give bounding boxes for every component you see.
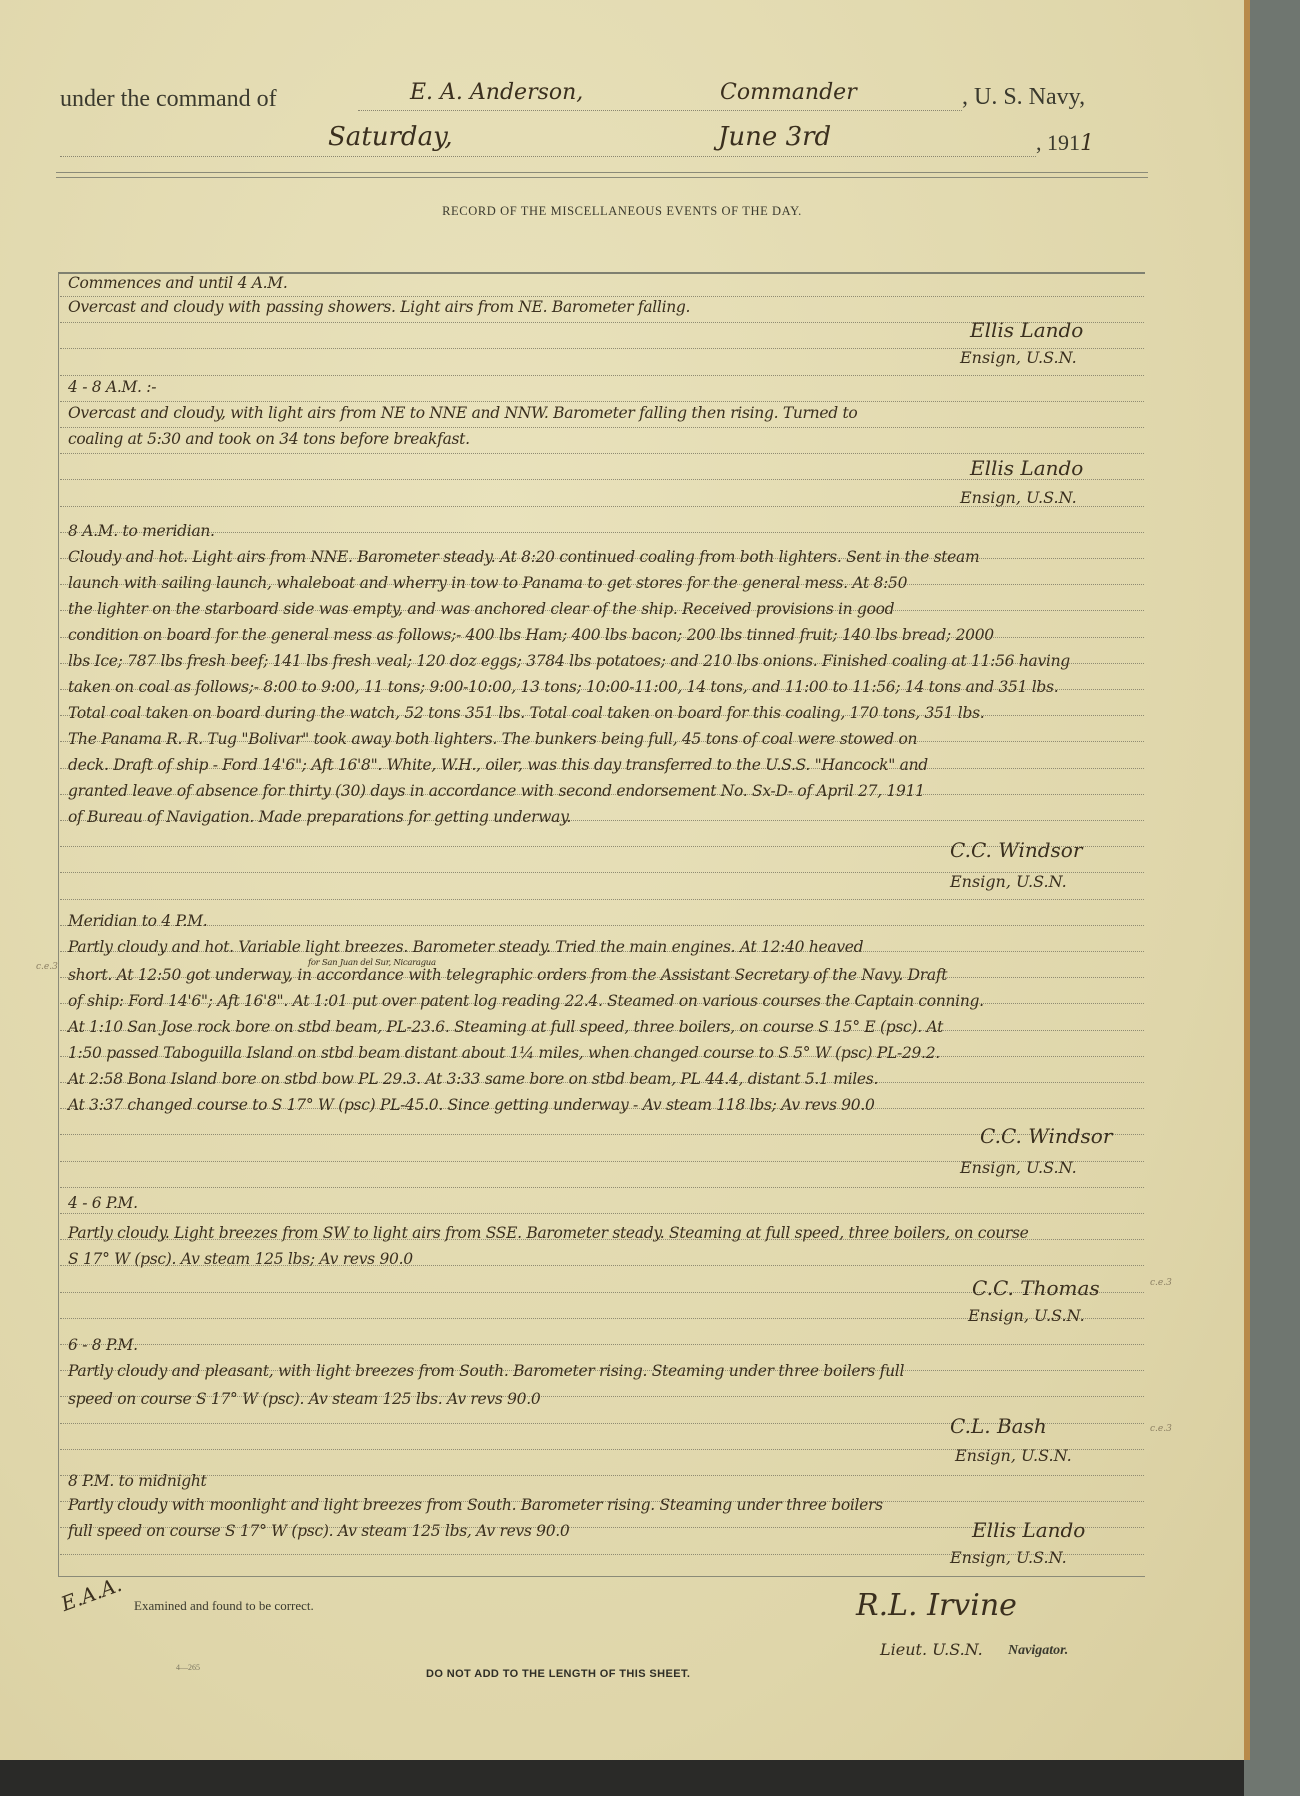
watch-text-line: taken on coal as follows;- 8:00 to 9:00,… <box>68 678 1058 696</box>
watch-text-line: At 2:58 Bona Island bore on stbd bow PL … <box>68 1070 878 1088</box>
watch-rank: Ensign, U.S.N. <box>960 488 1077 507</box>
ruled-line <box>60 427 1144 429</box>
navigator-title: Navigator. <box>1008 1643 1068 1659</box>
watch-text-line: coaling at 5:30 and took on 34 tons befo… <box>68 430 470 448</box>
watch-period: 4 - 8 A.M. :- <box>68 378 156 396</box>
ruled-line <box>60 453 1144 455</box>
watch-text-line: S 17° W (psc). Av steam 125 lbs; Av revs… <box>68 1250 413 1268</box>
watch-text-line: Overcast and cloudy, with light airs fro… <box>68 404 857 422</box>
service-label: , U. S. Navy, <box>962 84 1085 111</box>
year-label: , 1911 <box>1036 130 1094 156</box>
watch-signature: C.L. Bash <box>950 1414 1047 1438</box>
watch-rank: Ensign, U.S.N. <box>950 872 1067 891</box>
watch-text-line: of Bureau of Navigation. Made preparatio… <box>68 808 571 826</box>
page-shadow <box>0 1760 1244 1796</box>
watch-rank: Ensign, U.S.N. <box>960 348 1077 367</box>
watch-text-line: Overcast and cloudy with passing showers… <box>68 298 690 316</box>
ruled-line <box>60 1344 1144 1346</box>
watch-text-line: Partly cloudy and pleasant, with light b… <box>68 1362 904 1380</box>
examiner-initials: E.A.A. <box>58 1572 125 1616</box>
margin-mark: c.e.3 <box>36 962 58 972</box>
watch-text-line: At 3:37 changed course to S 17° W (psc) … <box>68 1096 875 1114</box>
ruled-line <box>60 401 1144 403</box>
watch-text-line: Partly cloudy and hot. Variable light br… <box>68 938 863 956</box>
watch-period: 4 - 6 P.M. <box>68 1194 138 1212</box>
date-field <box>60 130 1036 157</box>
form-number: 4—265 <box>176 1663 200 1672</box>
watch-text-line: deck. Draft of ship - Ford 14'6"; Aft 16… <box>68 756 928 774</box>
day-of-week: Saturday, <box>328 122 453 152</box>
ruled-line <box>60 375 1144 377</box>
ruled-line <box>60 1475 1144 1477</box>
watch-signature: Ellis Lando <box>970 318 1083 342</box>
watch-signature: C.C. Windsor <box>980 1124 1112 1148</box>
watch-text-line: speed on course S 17° W (psc). Av steam … <box>68 1390 540 1408</box>
command-prefix: under the command of <box>60 86 277 112</box>
header-divider <box>56 172 1148 178</box>
record-title: RECORD OF THE MISCELLANEOUS EVENTS OF TH… <box>0 204 1244 219</box>
watch-period: 8 A.M. to meridian. <box>68 522 215 540</box>
navigator-signature: R.L. Irvine <box>856 1588 1017 1623</box>
watch-period: 6 - 8 P.M. <box>68 1336 138 1354</box>
margin-mark: c.e.3 <box>1150 1424 1172 1434</box>
watch-text-line: Partly cloudy. Light breezes from SW to … <box>68 1224 1029 1242</box>
command-line: under the command of <box>60 86 277 113</box>
ruled-line <box>60 925 1144 927</box>
watch-period: Commences and until 4 A.M. <box>68 274 288 292</box>
watch-signature: C.C. Thomas <box>972 1276 1100 1300</box>
watch-text-line: condition on board for the general mess … <box>68 626 994 644</box>
watch-text-line: Cloudy and hot. Light airs from NNE. Bar… <box>68 548 979 566</box>
ruled-line <box>60 532 1144 534</box>
watch-rank: Ensign, U.S.N. <box>960 1158 1077 1177</box>
navigator-rank: Lieut. U.S.N. <box>880 1640 983 1659</box>
watch-text-line: Total coal taken on board during the wat… <box>68 704 984 722</box>
margin-mark: c.e.3 <box>1150 1278 1172 1288</box>
watch-text-line: lbs Ice; 787 lbs fresh beef; 141 lbs fre… <box>68 652 1070 670</box>
watch-text-line: The Panama R. R. Tug "Bolivar" took away… <box>68 730 917 748</box>
watch-period: 8 P.M. to midnight <box>68 1472 206 1490</box>
commander-name: E. A. Anderson, <box>410 80 583 105</box>
watch-rank: Ensign, U.S.N. <box>950 1548 1067 1567</box>
watch-text-line: granted leave of absence for thirty (30)… <box>68 782 925 800</box>
ruled-line <box>60 1213 1144 1215</box>
watch-rank: Ensign, U.S.N. <box>968 1306 1085 1325</box>
watch-text-line: 1:50 passed Taboguilla Island on stbd be… <box>68 1044 940 1062</box>
commander-rank: Commander <box>720 80 857 105</box>
watch-signature: C.C. Windsor <box>950 838 1082 862</box>
watch-text-line: short. At 12:50 got underway, in accorda… <box>68 966 947 984</box>
sheet-notice: DO NOT ADD TO THE LENGTH OF THIS SHEET. <box>426 1668 690 1680</box>
watch-rank: Ensign, U.S.N. <box>955 1446 1072 1465</box>
logbook-page: under the command of E. A. Anderson, Com… <box>0 0 1250 1760</box>
ruled-line <box>60 1187 1144 1189</box>
watch-text-line: Partly cloudy with moonlight and light b… <box>68 1496 883 1514</box>
date-value: June 3rd <box>718 122 831 152</box>
watch-signature: Ellis Lando <box>970 456 1083 480</box>
watch-text-line: full speed on course S 17° W (psc). Av s… <box>68 1522 570 1540</box>
watch-period: Meridian to 4 P.M. <box>68 912 207 930</box>
examined-text: Examined and found to be correct. <box>134 1598 314 1614</box>
watch-signature: Ellis Lando <box>972 1518 1085 1542</box>
watch-text-line: At 1:10 San Jose rock bore on stbd beam,… <box>68 1018 943 1036</box>
ruled-line <box>60 899 1144 901</box>
watch-text-line: the lighter on the starboard side was em… <box>68 600 894 618</box>
watch-text-line: launch with sailing launch, whaleboat an… <box>68 574 907 592</box>
watch-text-line: of ship: Ford 14'6"; Aft 16'8". At 1:01 … <box>68 992 984 1010</box>
